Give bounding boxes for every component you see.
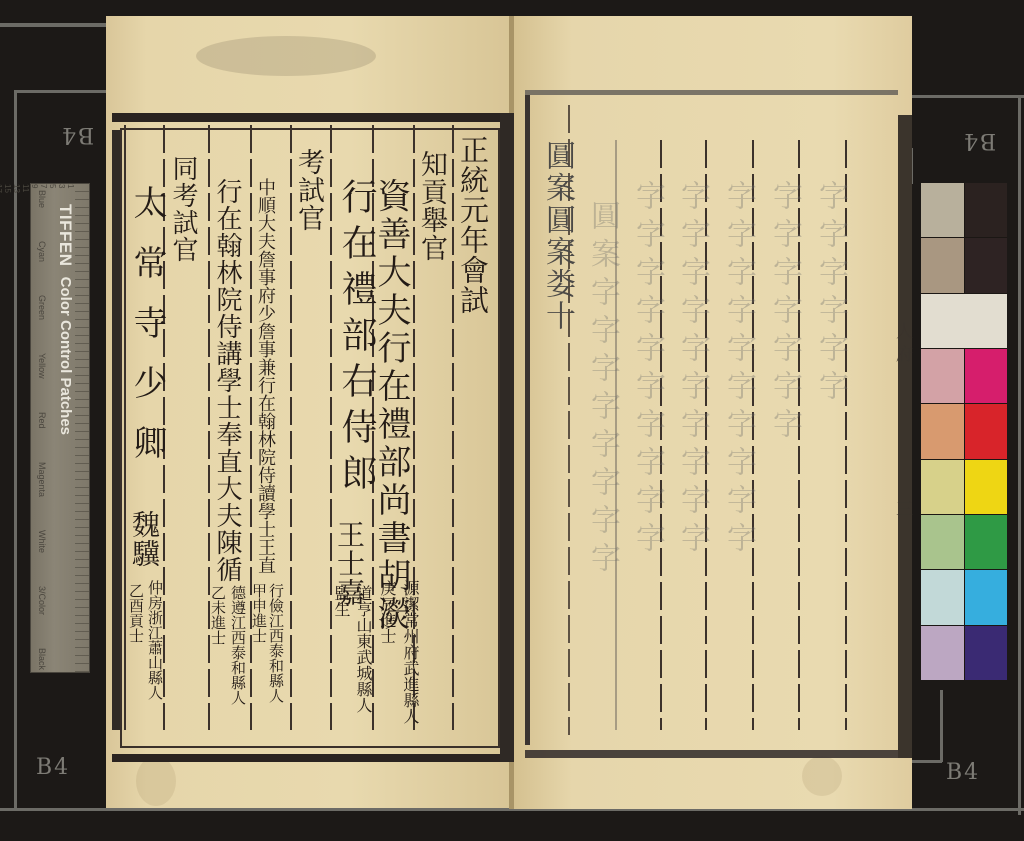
- official-wang-shijia-degree: 監生: [333, 585, 349, 617]
- official-wei-ji-name: 魏驥: [130, 510, 158, 568]
- official-wang-zhi-degree: 甲申進士: [251, 583, 266, 643]
- show-through-text: 字字字字字字字字字字: [716, 180, 760, 560]
- official-wang-zhi-title: 中順大夫詹事府少詹事兼行在翰林院侍讀學士王直: [256, 178, 274, 574]
- ruler-tick-label: 1: [66, 184, 75, 672]
- color-patch: [921, 460, 964, 514]
- color-control-ruler: Blue Cyan Green Yellow Red Magenta White…: [30, 183, 90, 673]
- ruler-scale: 1 3 5 7 9 11 13 15 17 19: [63, 184, 75, 672]
- ruler-tick-label: 3: [57, 184, 66, 672]
- column-rule: [525, 95, 530, 745]
- color-patch: [965, 404, 1008, 458]
- color-patch: [921, 626, 964, 680]
- official-hu-ying-degree: 庚辰進士: [379, 580, 395, 644]
- role-kaoshiguan: 考試官: [295, 148, 322, 232]
- official-chen-xun-degree: 乙未進士: [210, 585, 225, 645]
- exam-title: 正統元年會試: [458, 135, 487, 315]
- official-wang-shijia-origin: 道亨山東武城縣人: [355, 585, 371, 713]
- stand-line-left-frame-h: [14, 90, 110, 93]
- stand-label-b4-top-right: B4: [962, 128, 996, 153]
- color-patch: [965, 460, 1008, 514]
- ruler-tick-label: 13: [12, 184, 21, 672]
- color-patch: [921, 294, 1007, 348]
- color-patch: [921, 238, 964, 292]
- color-patch: [965, 570, 1008, 624]
- column-rule: [452, 125, 454, 730]
- official-chen-xun-title: 行在翰林院侍講學士奉直大夫陳循: [214, 178, 240, 583]
- ruler-tick-label: 7: [39, 184, 48, 672]
- frame-right-bar: [898, 115, 912, 758]
- show-through-text: 字字字字字字字: [762, 180, 806, 446]
- official-wang-shijia-title: 行在禮部右侍郎: [338, 178, 374, 500]
- margin-mark: 府: [893, 345, 910, 362]
- column-rule: [330, 125, 332, 730]
- paper-stain: [196, 36, 376, 76]
- paper-stain: [136, 756, 176, 806]
- color-patch: [921, 570, 964, 624]
- color-patch: [965, 238, 1008, 292]
- column-rule: [290, 125, 292, 730]
- show-through-text: 字字字字字字: [808, 180, 852, 408]
- color-patch-chart: [921, 183, 1007, 680]
- stand-line-right-bottom-v: [940, 690, 943, 762]
- margin-mark: 人: [893, 322, 910, 339]
- official-wei-ji-origin: 仲房浙江蕭山縣人: [147, 580, 162, 700]
- ruler-tick-label: 9: [30, 184, 39, 672]
- paper-stain: [802, 756, 842, 796]
- official-wang-zhi-origin: 行儉江西泰和縣人: [268, 583, 283, 703]
- ruler-tick-label: 17: [0, 184, 3, 672]
- ruler-tick-label: 5: [48, 184, 57, 672]
- column-rule: [124, 125, 126, 730]
- frame-gutter-bar: [500, 113, 514, 762]
- color-patch: [965, 183, 1008, 237]
- ruler-tick-label: 11: [21, 184, 30, 672]
- color-patch: [965, 626, 1008, 680]
- color-patch: [965, 349, 1008, 403]
- official-wei-ji-title: 太常寺少卿: [130, 185, 164, 485]
- stand-label-b4-top-left: B4: [60, 122, 94, 147]
- color-patch: [921, 349, 964, 403]
- color-patch: [921, 404, 964, 458]
- margin-mark: 三: [893, 500, 910, 517]
- stand-line-top-left: [0, 23, 110, 27]
- stand-label-b4-bottom-right: B4: [946, 760, 980, 785]
- stand-line-right-top: [912, 95, 1024, 98]
- color-patch: [921, 515, 964, 569]
- right-page-faint-heading: 圓案圓案娄十: [535, 140, 579, 332]
- color-patch: [965, 515, 1008, 569]
- stand-line-right-outer: [1018, 95, 1021, 815]
- official-wei-ji-degree: 乙酉貢士: [128, 583, 143, 643]
- official-hu-ying-title: 資善大夫行在禮部尚書胡濙: [374, 178, 408, 634]
- show-through-text: 字字字字字字字字字字: [625, 180, 669, 560]
- ruler-tick-label: 15: [3, 184, 12, 672]
- color-patch: [921, 183, 964, 237]
- stand-line-right-bottom-h: [912, 760, 942, 763]
- official-hu-ying-origin: 源潔常州府武進縣人: [402, 580, 418, 724]
- official-chen-xun-origin: 德遵江西泰和縣人: [230, 585, 245, 705]
- role-tongkaoshiguan: 同考試官: [170, 155, 196, 263]
- stand-label-b4-bottom-left: B4: [36, 755, 70, 780]
- ruler-ticks: [75, 184, 89, 672]
- role-zhigongju: 知貢舉官: [418, 150, 445, 262]
- show-through-text: 字字字字字字字字字字: [670, 180, 714, 560]
- show-through-text: 圓案字字字字字字字字: [580, 200, 624, 580]
